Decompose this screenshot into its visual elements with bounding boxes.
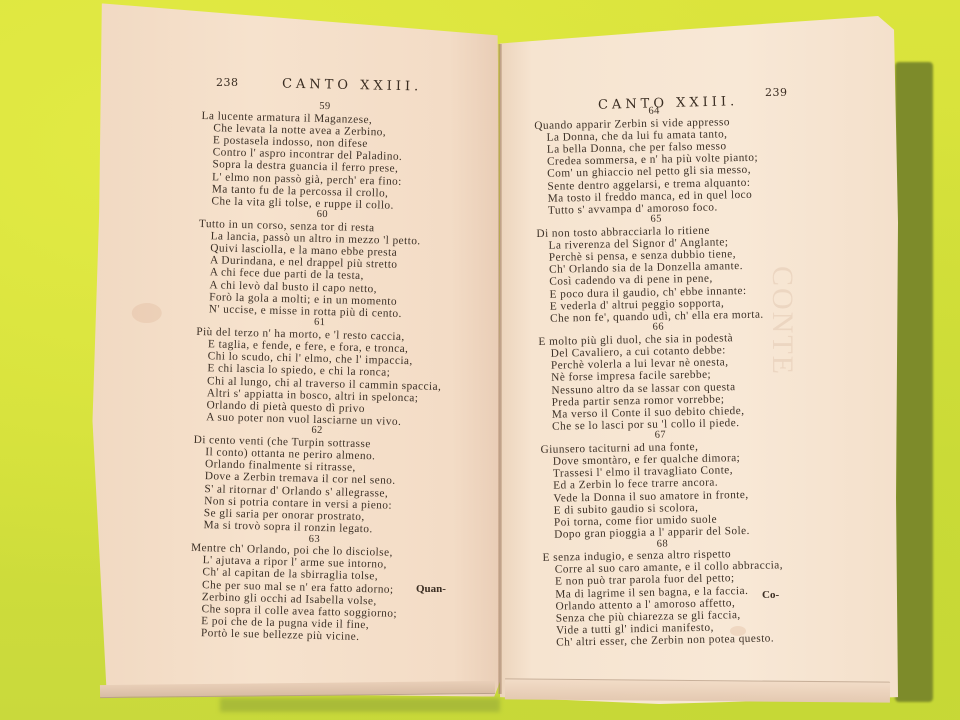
stanza: 59 La lucente armatura il Maganzese, Che…: [199, 99, 448, 213]
stanza: 61 Più del terzo n' ha morto, e 'l resto…: [194, 315, 443, 429]
left-running-title: CANTO XXIII.: [282, 77, 423, 95]
right-page-text: 64 Quando apparir Zerbin si vide appress…: [534, 104, 785, 649]
right-catchword: Co-: [762, 589, 779, 601]
stanza: 63 Mentre ch' Orlando, poi che lo discio…: [189, 531, 438, 645]
book-shadow-right: [895, 62, 933, 702]
book-spine: [498, 44, 502, 694]
stanza: 64 Quando apparir Zerbin si vide appress…: [534, 104, 776, 217]
stanza: 66 E molto più gli duol, che sia in pode…: [538, 321, 780, 434]
stanza: 67 Giunsero taciturni ad una fonte, Dove…: [540, 429, 782, 542]
left-page-number: 238: [216, 76, 239, 89]
book-shadow-bottom: [220, 698, 500, 712]
stanza: 62 Di cento venti (che Turpin sottrasse …: [191, 423, 440, 537]
right-page-number: 239: [765, 86, 788, 99]
left-page-text: 59 La lucente armatura il Maganzese, Che…: [189, 99, 448, 645]
paper-stain: [132, 303, 162, 323]
stanza: 68 E senza indugio, e senza altro rispet…: [542, 537, 784, 650]
right-page-bottom-edge: [505, 678, 890, 702]
stanza: 60 Tutto in un corso, senza tor di resta…: [197, 207, 446, 321]
left-catchword: Quan-: [416, 583, 446, 595]
stanza: 65 Di non tosto abbracciarla lo ritiene …: [536, 212, 778, 325]
